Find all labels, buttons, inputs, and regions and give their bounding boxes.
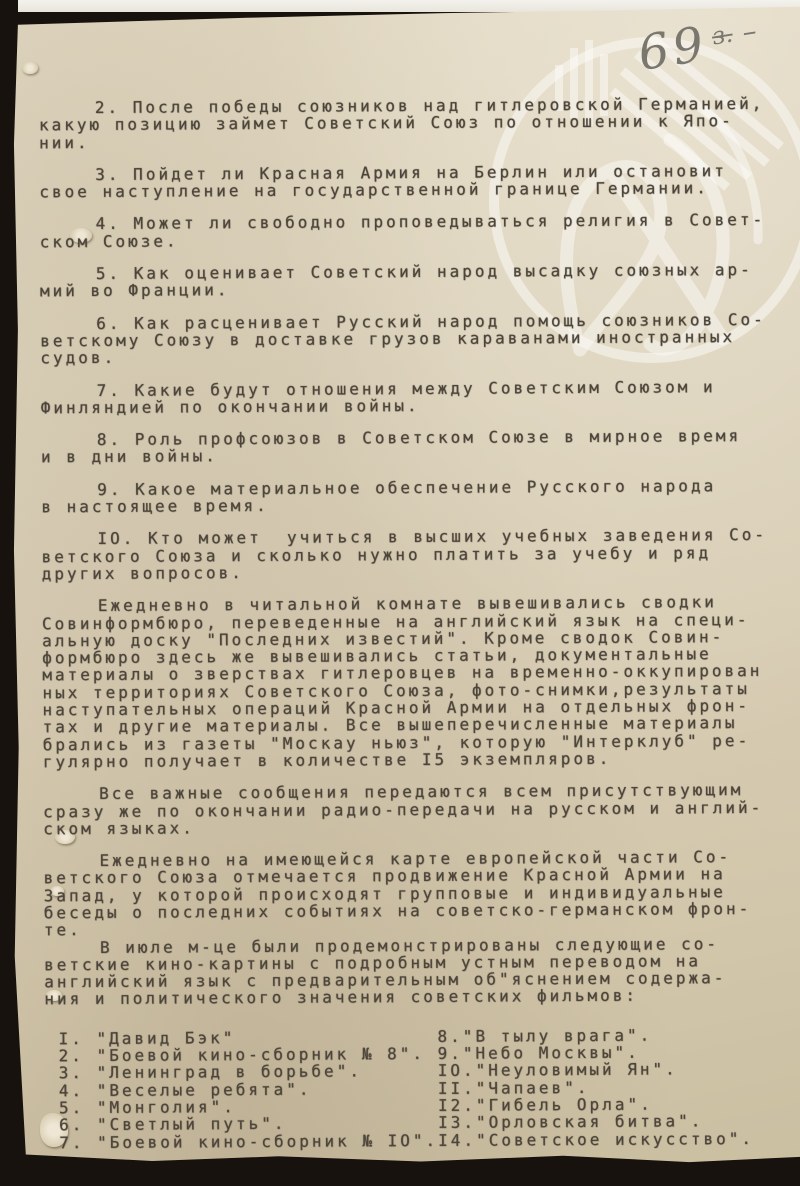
paragraph: 2. После победы союзников над гитлеровск…: [39, 95, 795, 152]
paragraph: 3. Пойдет ли Красная Армия на Берлин или…: [39, 162, 795, 201]
text-line: ском Союзе.: [40, 228, 796, 250]
document-page: 69з.– 2. После победы союзников над гитл…: [10, 5, 800, 1165]
paragraph: Ежедневно на имеющейся карте европейской…: [43, 848, 800, 939]
text-line: 9. Какое материальное обеспечение Русско…: [41, 476, 797, 498]
text-line: ветскому Союзу в доставке грузов караван…: [40, 328, 796, 350]
text-line: мий во Франции.: [40, 278, 796, 300]
paragraph: 5. Как оценивает Советский народ высадку…: [40, 261, 796, 300]
film-list-row: 7. "Боевой кино-сборник № IO".I4."Советс…: [59, 1129, 800, 1151]
film-list: I. "Давид Бэк" 8."В тылу врага".2. "Боев…: [44, 1025, 800, 1151]
text-line: ветского Союза и сколько нужно платить з…: [42, 543, 798, 565]
paper-damage-spot: [22, 62, 38, 74]
typed-text-block: 2. После победы союзников над гитлеровск…: [39, 95, 800, 1151]
paragraph: В июле м-це были продемонстрированы след…: [44, 934, 800, 1008]
paragraph: Ежедневно в читальной комнате вывешивали…: [42, 593, 799, 771]
text-line: гулярно получает в количестве I5 экземпл…: [43, 749, 799, 771]
text-line: Финляндией по окончании войны.: [41, 395, 797, 417]
page-number-text: 69: [634, 16, 711, 82]
paragraph: 6. Как расценивает Русский народ помощь …: [40, 310, 796, 367]
text-line: в настоящее время.: [41, 494, 797, 516]
paragraph: 7. Какие будут отношения между Советским…: [41, 377, 797, 416]
paragraph: Все важные сообщения передаются всем при…: [43, 781, 799, 838]
paragraph: 9. Какое материальное обеспечение Русско…: [41, 476, 797, 515]
text-line: ния и политического значения советских ф…: [44, 986, 800, 1008]
text-line: свое наступление на государственной гран…: [39, 179, 795, 201]
text-line: сразу же по окончании радио-передачи на …: [43, 798, 799, 820]
text-line: и в дни войны.: [41, 444, 797, 466]
struck-note-text: з.: [710, 20, 735, 51]
paragraph: IO. Кто может учиться в высших учебных з…: [41, 526, 797, 583]
text-line: беседы о последних событиях на советско-…: [44, 900, 800, 922]
paragraph: 8. Роль профсоюзов в Советском Союзе в м…: [41, 427, 797, 466]
paragraph: 4. Может ли свободно проповедываться рел…: [40, 211, 796, 250]
